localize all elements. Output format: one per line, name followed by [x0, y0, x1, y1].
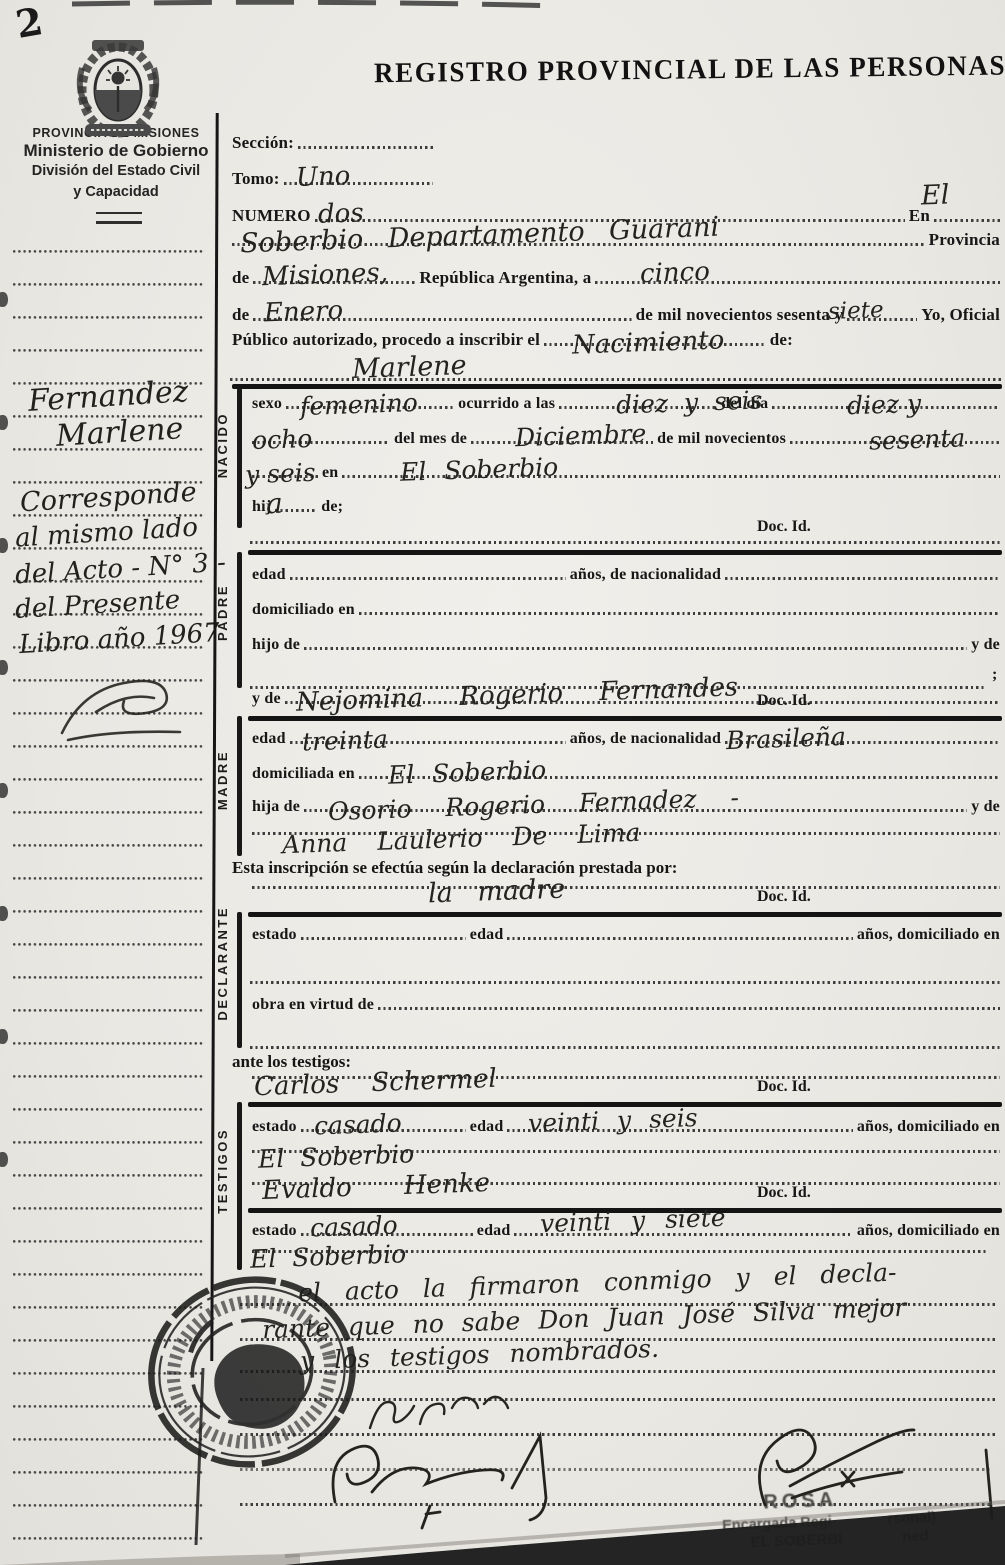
millar-label: de mil novecientos sesenta y — [634, 306, 846, 325]
yo-oficial-label: Yo, Oficial — [919, 306, 1002, 325]
letterhead-division2: y Capacidad — [18, 184, 214, 200]
binding-mark — [0, 292, 8, 307]
closing-line-3: y los testigos nombrados. — [300, 1336, 660, 1374]
section-label-padre: PADRE — [215, 584, 230, 641]
y-de-label: y de — [969, 798, 1002, 816]
letterhead-divider — [96, 212, 142, 224]
scan-edge-artifact-top — [72, 2, 558, 6]
stamp-title-right: rsonal) — [887, 1510, 936, 1528]
page-title: REGISTRO PROVINCIAL DE LAS PERSONAS — [374, 49, 1005, 89]
anos-domiciliado-label: años, domiciliado en — [855, 1118, 1002, 1136]
abuelo-materno-value: Osorio Rogerio Fernadez - — [328, 785, 740, 824]
official-signature — [333, 1436, 546, 1528]
declaracion-intro: Esta inscripción se efectúa según la dec… — [232, 858, 677, 878]
declarante-row-1: estado edad años, domiciliado en — [250, 926, 1002, 944]
registered-name-value: Marlene — [352, 352, 468, 383]
binding-mark — [0, 538, 8, 553]
dotted-leader — [378, 1007, 1000, 1010]
acto-value: Nacimiento — [572, 327, 725, 358]
testigo2-edad-value: veinti y siete — [540, 1205, 726, 1236]
declarante-name-row — [250, 886, 1002, 893]
dotted-leader — [304, 647, 967, 650]
hij-value: a — [266, 490, 284, 519]
ocurrido-label: ocurrido a las — [456, 395, 557, 413]
domiciliado-label: domiciliado en — [250, 601, 357, 619]
lugar-value: El Soberbio — [400, 454, 559, 485]
binding-mark — [0, 415, 8, 430]
tomo-label: Tomo: — [230, 170, 282, 189]
edad-label: edad — [468, 1118, 506, 1136]
dia-value-2: ocho — [252, 426, 313, 453]
dotted-leader — [725, 577, 1000, 580]
en-label: en — [320, 464, 340, 482]
estado-label: estado — [250, 1222, 299, 1240]
edad-label: edad — [250, 566, 288, 584]
dotted-leader — [250, 541, 1002, 544]
nacido-row-3: en — [250, 464, 1002, 482]
anio-value-1: sesenta — [869, 425, 966, 453]
section-bar-madre — [237, 716, 242, 856]
section-heavy-rule — [248, 550, 1002, 555]
year-value: siete — [828, 299, 884, 324]
padre-row-3: hijo de y de — [250, 636, 1002, 654]
madre-name-value: Nejomina Rogerio Fernandes — [296, 674, 739, 715]
binding-mark — [0, 1029, 8, 1044]
edad-label: edad — [468, 926, 506, 944]
semicolon-label: ; — [992, 666, 997, 684]
letterhead-ministry: Ministerio de Gobierno — [18, 141, 214, 161]
declarante-row-2: obra en virtud de — [250, 996, 1002, 1014]
witness-signature — [370, 1397, 508, 1428]
de-label: de — [230, 306, 251, 325]
edad-label: edad — [250, 730, 288, 748]
edad-label: edad — [475, 1222, 513, 1240]
anos-domiciliado-label: años, domiciliado en — [855, 926, 1002, 944]
date-row: de de mil novecientos sesenta y Yo, Ofic… — [230, 306, 1002, 325]
padre-row-2: domiciliado en — [250, 601, 1002, 619]
madre-domicilio-value: El Soberbio — [388, 757, 547, 788]
section-bar-declarante — [237, 912, 242, 1048]
dotted-leader — [290, 577, 566, 580]
mes-value: Diciembre — [515, 421, 647, 451]
sexo-value: femenino — [300, 390, 419, 419]
dotted-leader — [507, 937, 852, 940]
testigo1-edad-value: veinti y seis — [528, 1105, 698, 1136]
testigo2-name-value: Evaldo Henke — [262, 1170, 491, 1204]
section-label-declarante: DECLARANTE — [215, 906, 230, 1021]
dotted-leader — [359, 612, 1000, 615]
testigo2-domicilio-value: El Soberbio — [250, 1241, 407, 1271]
province-value: Misiones, — [262, 260, 389, 290]
section-label-testigos: TESTIGOS — [215, 1128, 230, 1214]
anos-domiciliado-label: años, domiciliado en — [855, 1222, 1002, 1240]
document-page: 2 REGISTRO PROVINCIAL DE LAS PERSONAS PR… — [0, 0, 1005, 1565]
madre-row-2: domiciliada en — [250, 765, 1002, 783]
estado-label: estado — [250, 926, 299, 944]
testigo2-estado-value: casado — [310, 1212, 399, 1240]
sexo-label: sexo — [250, 395, 284, 413]
stamp-place-right: ned — [902, 1527, 929, 1545]
declarante-value: la madre — [428, 876, 566, 908]
dotted-leader — [240, 1433, 998, 1436]
nacionalidad-label: años, de nacionalidad — [568, 730, 723, 748]
margin-given-name: Marlene — [55, 414, 184, 452]
section-label-nacido: NACIDO — [215, 412, 230, 478]
dotted-leader — [240, 1468, 992, 1471]
seccion-label: Sección: — [230, 134, 296, 153]
y-de-label: y de — [250, 690, 283, 708]
hijo-de-label: hijo de — [250, 636, 302, 654]
section-label-madre: MADRE — [215, 750, 230, 810]
publico-label: Público autorizado, procedo a inscribir … — [230, 331, 542, 350]
binding-mark — [0, 660, 8, 675]
tomo-value: Uno — [296, 163, 351, 191]
doc-id-label: Doc. Id. — [757, 1184, 811, 1202]
letterhead-division: División del Estado Civil — [18, 163, 214, 179]
section-heavy-rule — [232, 384, 1002, 389]
section-bar-testigos — [237, 1102, 242, 1270]
hora-value: diez y seis — [616, 387, 763, 417]
anio-value-2: y seis — [245, 460, 316, 487]
doc-id-label: Doc. Id. — [757, 518, 811, 536]
dotted-leader — [298, 146, 433, 149]
domiciliada-label: domiciliada en — [250, 765, 357, 783]
republica-label: República Argentina, a — [417, 269, 593, 288]
doc-id-label: Doc. Id. — [757, 1078, 811, 1096]
dotted-leader — [252, 886, 1000, 889]
testigo1-name-value: Carlos Schermel — [254, 1066, 497, 1100]
testigo1-domicilio-value: El Soberbio — [258, 1141, 415, 1171]
binding-mark — [0, 783, 8, 798]
dotted-leader — [250, 1046, 1002, 1049]
nacionalidad-label: años, de nacionalidad — [568, 566, 723, 584]
de-mil-label: de mil novecientos — [655, 430, 788, 448]
coat-of-arms — [70, 36, 166, 138]
de-sep-label: de; — [319, 498, 345, 516]
binding-mark — [0, 1152, 8, 1167]
dia-value-1: diez y — [847, 391, 922, 419]
seccion-row: Sección: — [230, 134, 435, 153]
day-value: cinco — [640, 259, 711, 287]
section-heavy-rule — [248, 716, 1002, 721]
section-bar-nacido — [237, 388, 242, 528]
dotted-leader — [230, 378, 1002, 381]
page-number: 2 — [12, 0, 46, 47]
provincia-label: Provincia — [927, 231, 1002, 250]
stamp-place-left: EL SOBERBI — [751, 1531, 843, 1551]
dotted-leader — [301, 937, 466, 940]
numero-label: NUMERO — [230, 207, 313, 226]
del-mes-label: del mes de — [392, 430, 469, 448]
obra-label: obra en virtud de — [250, 996, 376, 1014]
month-value: Enero — [264, 298, 344, 327]
testigo1-estado-value: casado — [314, 1110, 403, 1138]
dotted-leader — [250, 981, 1002, 984]
padre-row-1: edad años, de nacionalidad — [250, 566, 1002, 584]
hija-de-label: hija de — [250, 798, 302, 816]
y-de-label: y de — [969, 636, 1002, 654]
section-heavy-rule — [248, 912, 1002, 917]
registrar-office-stamp: ROSA Encargada Regirsonal) EL SOBERBIned — [721, 1482, 993, 1554]
binding-mark — [0, 906, 8, 921]
en-value: El — [921, 182, 950, 210]
madre-nacionalidad-value: Brasileña — [726, 724, 847, 753]
madre-edad-value: treinta — [302, 727, 389, 755]
estado-label: estado — [250, 1118, 299, 1136]
de-colon-label: de: — [768, 331, 795, 350]
doc-id-label: Doc. Id. — [757, 888, 811, 906]
section-bar-padre — [237, 552, 242, 688]
de-label: de — [230, 269, 251, 288]
dotted-leader — [240, 1398, 998, 1401]
dotted-leader — [934, 219, 1000, 222]
doc-id-label: Doc. Id. — [757, 692, 811, 710]
